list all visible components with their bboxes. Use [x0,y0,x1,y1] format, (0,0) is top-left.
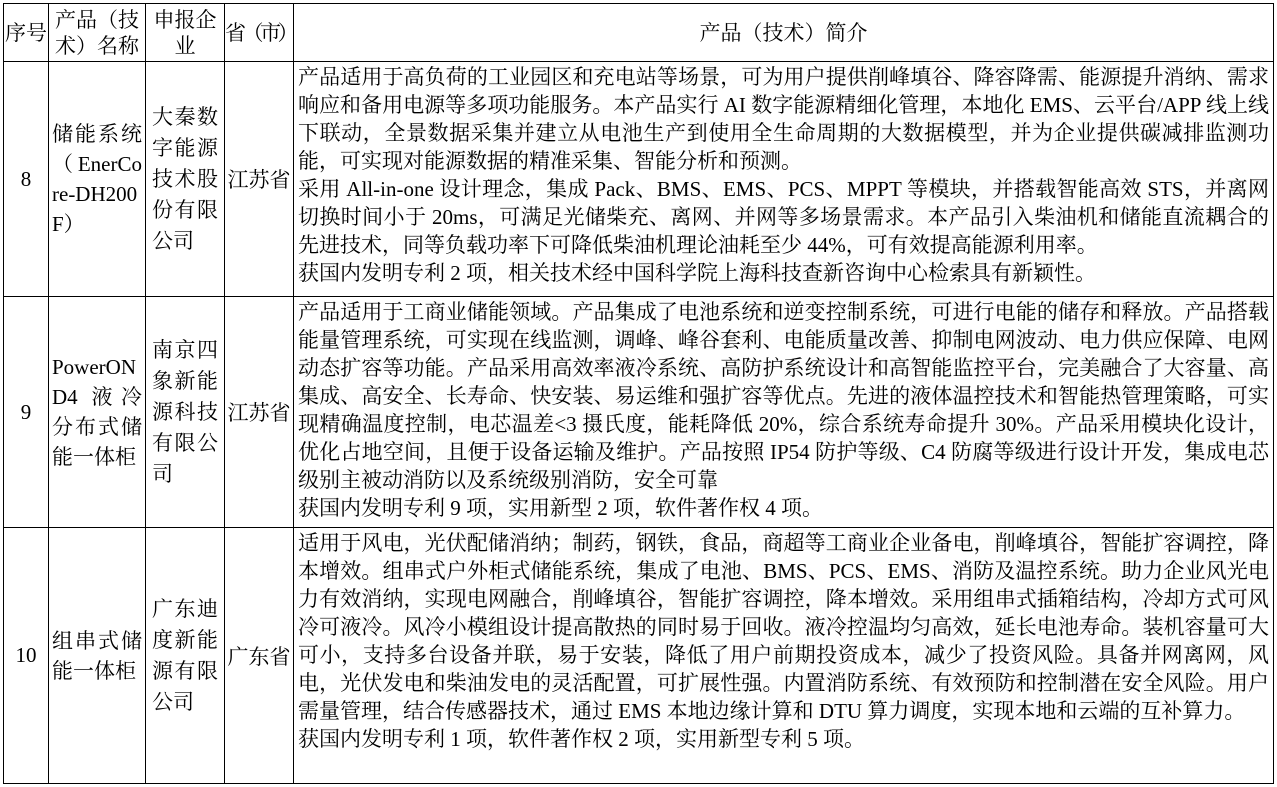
cell-serial-number: 9 [4,297,49,528]
cell-company: 广东迪度新能源有限公司 [146,528,225,784]
cell-company: 大秦数字能源技术股份有限公司 [146,62,225,297]
header-serial-number: 序号 [4,4,49,62]
cell-intro: 产品适用于高负荷的工业园区和充电站等场景，可为用户提供削峰填谷、降容降需、能源提… [294,62,1274,297]
cell-company: 南京四象新能源科技有限公司 [146,297,225,528]
cell-province: 广东省 [225,528,294,784]
table-row: 9 PowerON D4 液冷分布式储能一体柜 南京四象新能源科技有限公司 江苏… [4,297,1274,528]
header-intro: 产品（技术）简介 [294,4,1274,62]
cell-product-name: PowerON D4 液冷分布式储能一体柜 [49,297,146,528]
cell-serial-number: 8 [4,62,49,297]
header-product-name: 产品（技术）名称 [49,4,146,62]
intro-paragraph: 采用 All-in-one 设计理念，集成 Pack、BMS、EMS、PCS、M… [298,175,1269,259]
intro-paragraph: 产品适用于工商业储能领域。产品集成了电池系统和逆变控制系统，可进行电能的储存和释… [298,298,1269,494]
table-row: 8 储能系统（EnerCore-DH200F） 大秦数字能源技术股份有限公司 江… [4,62,1274,297]
products-table: 序号 产品（技术）名称 申报企业 省（市） 产品（技术）简介 8 储能系统（En… [3,3,1274,784]
header-company: 申报企业 [146,4,225,62]
header-province: 省（市） [225,4,294,62]
intro-paragraph: 获国内发明专利 1 项，软件著作权 2 项，实用新型专利 5 项。 [298,725,1269,753]
header-row: 序号 产品（技术）名称 申报企业 省（市） 产品（技术）简介 [4,4,1274,62]
cell-intro: 产品适用于工商业储能领域。产品集成了电池系统和逆变控制系统，可进行电能的储存和释… [294,297,1274,528]
intro-paragraph: 适用于风电，光伏配储消纳；制药，钢铁，食品，商超等工商业企业备电，削峰填谷，智能… [298,529,1269,725]
intro-paragraph: 获国内发明专利 2 项，相关技术经中国科学院上海科技查新咨询中心检索具有新颖性。 [298,259,1269,287]
cell-product-name: 储能系统（EnerCore-DH200F） [49,62,146,297]
intro-paragraph: 产品适用于高负荷的工业园区和充电站等场景，可为用户提供削峰填谷、降容降需、能源提… [298,63,1269,175]
cell-intro: 适用于风电，光伏配储消纳；制药，钢铁，食品，商超等工商业企业备电，削峰填谷，智能… [294,528,1274,784]
cell-province: 江苏省 [225,62,294,297]
document-page: 序号 产品（技术）名称 申报企业 省（市） 产品（技术）简介 8 储能系统（En… [0,0,1277,787]
intro-paragraph: 获国内发明专利 9 项，实用新型 2 项，软件著作权 4 项。 [298,494,1269,522]
cell-province: 江苏省 [225,297,294,528]
cell-serial-number: 10 [4,528,49,784]
cell-product-name: 组串式储能一体柜 [49,528,146,784]
table-row: 10 组串式储能一体柜 广东迪度新能源有限公司 广东省 适用于风电，光伏配储消纳… [4,528,1274,784]
